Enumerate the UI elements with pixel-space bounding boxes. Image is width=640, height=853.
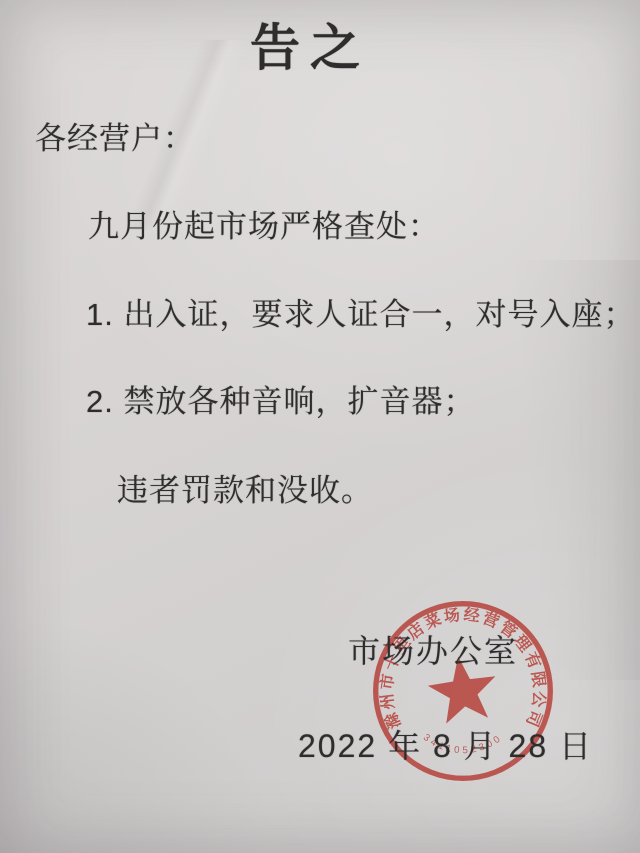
notice-title: 告之 <box>0 20 620 78</box>
paper-shadow <box>0 593 300 853</box>
date-line: 2022 年 8 月 28 日 <box>298 728 593 765</box>
intro-line: 九月份起市场严格查处： <box>88 209 440 245</box>
penalty-line: 违者罚款和没收。 <box>117 473 373 509</box>
rule-item-2: 2. 禁放各种音响，扩音器； <box>86 384 475 420</box>
salutation-line: 各经营户： <box>35 121 195 157</box>
rule-item-1: 1. 出入证，要求人证合一，对号入座； <box>86 297 635 333</box>
notice-document: 滁州市十里店菜场经营管理有限公司 3411052300 告之 各经营户： 九月份… <box>0 0 640 853</box>
signature-office: 市场办公室 <box>348 633 518 670</box>
